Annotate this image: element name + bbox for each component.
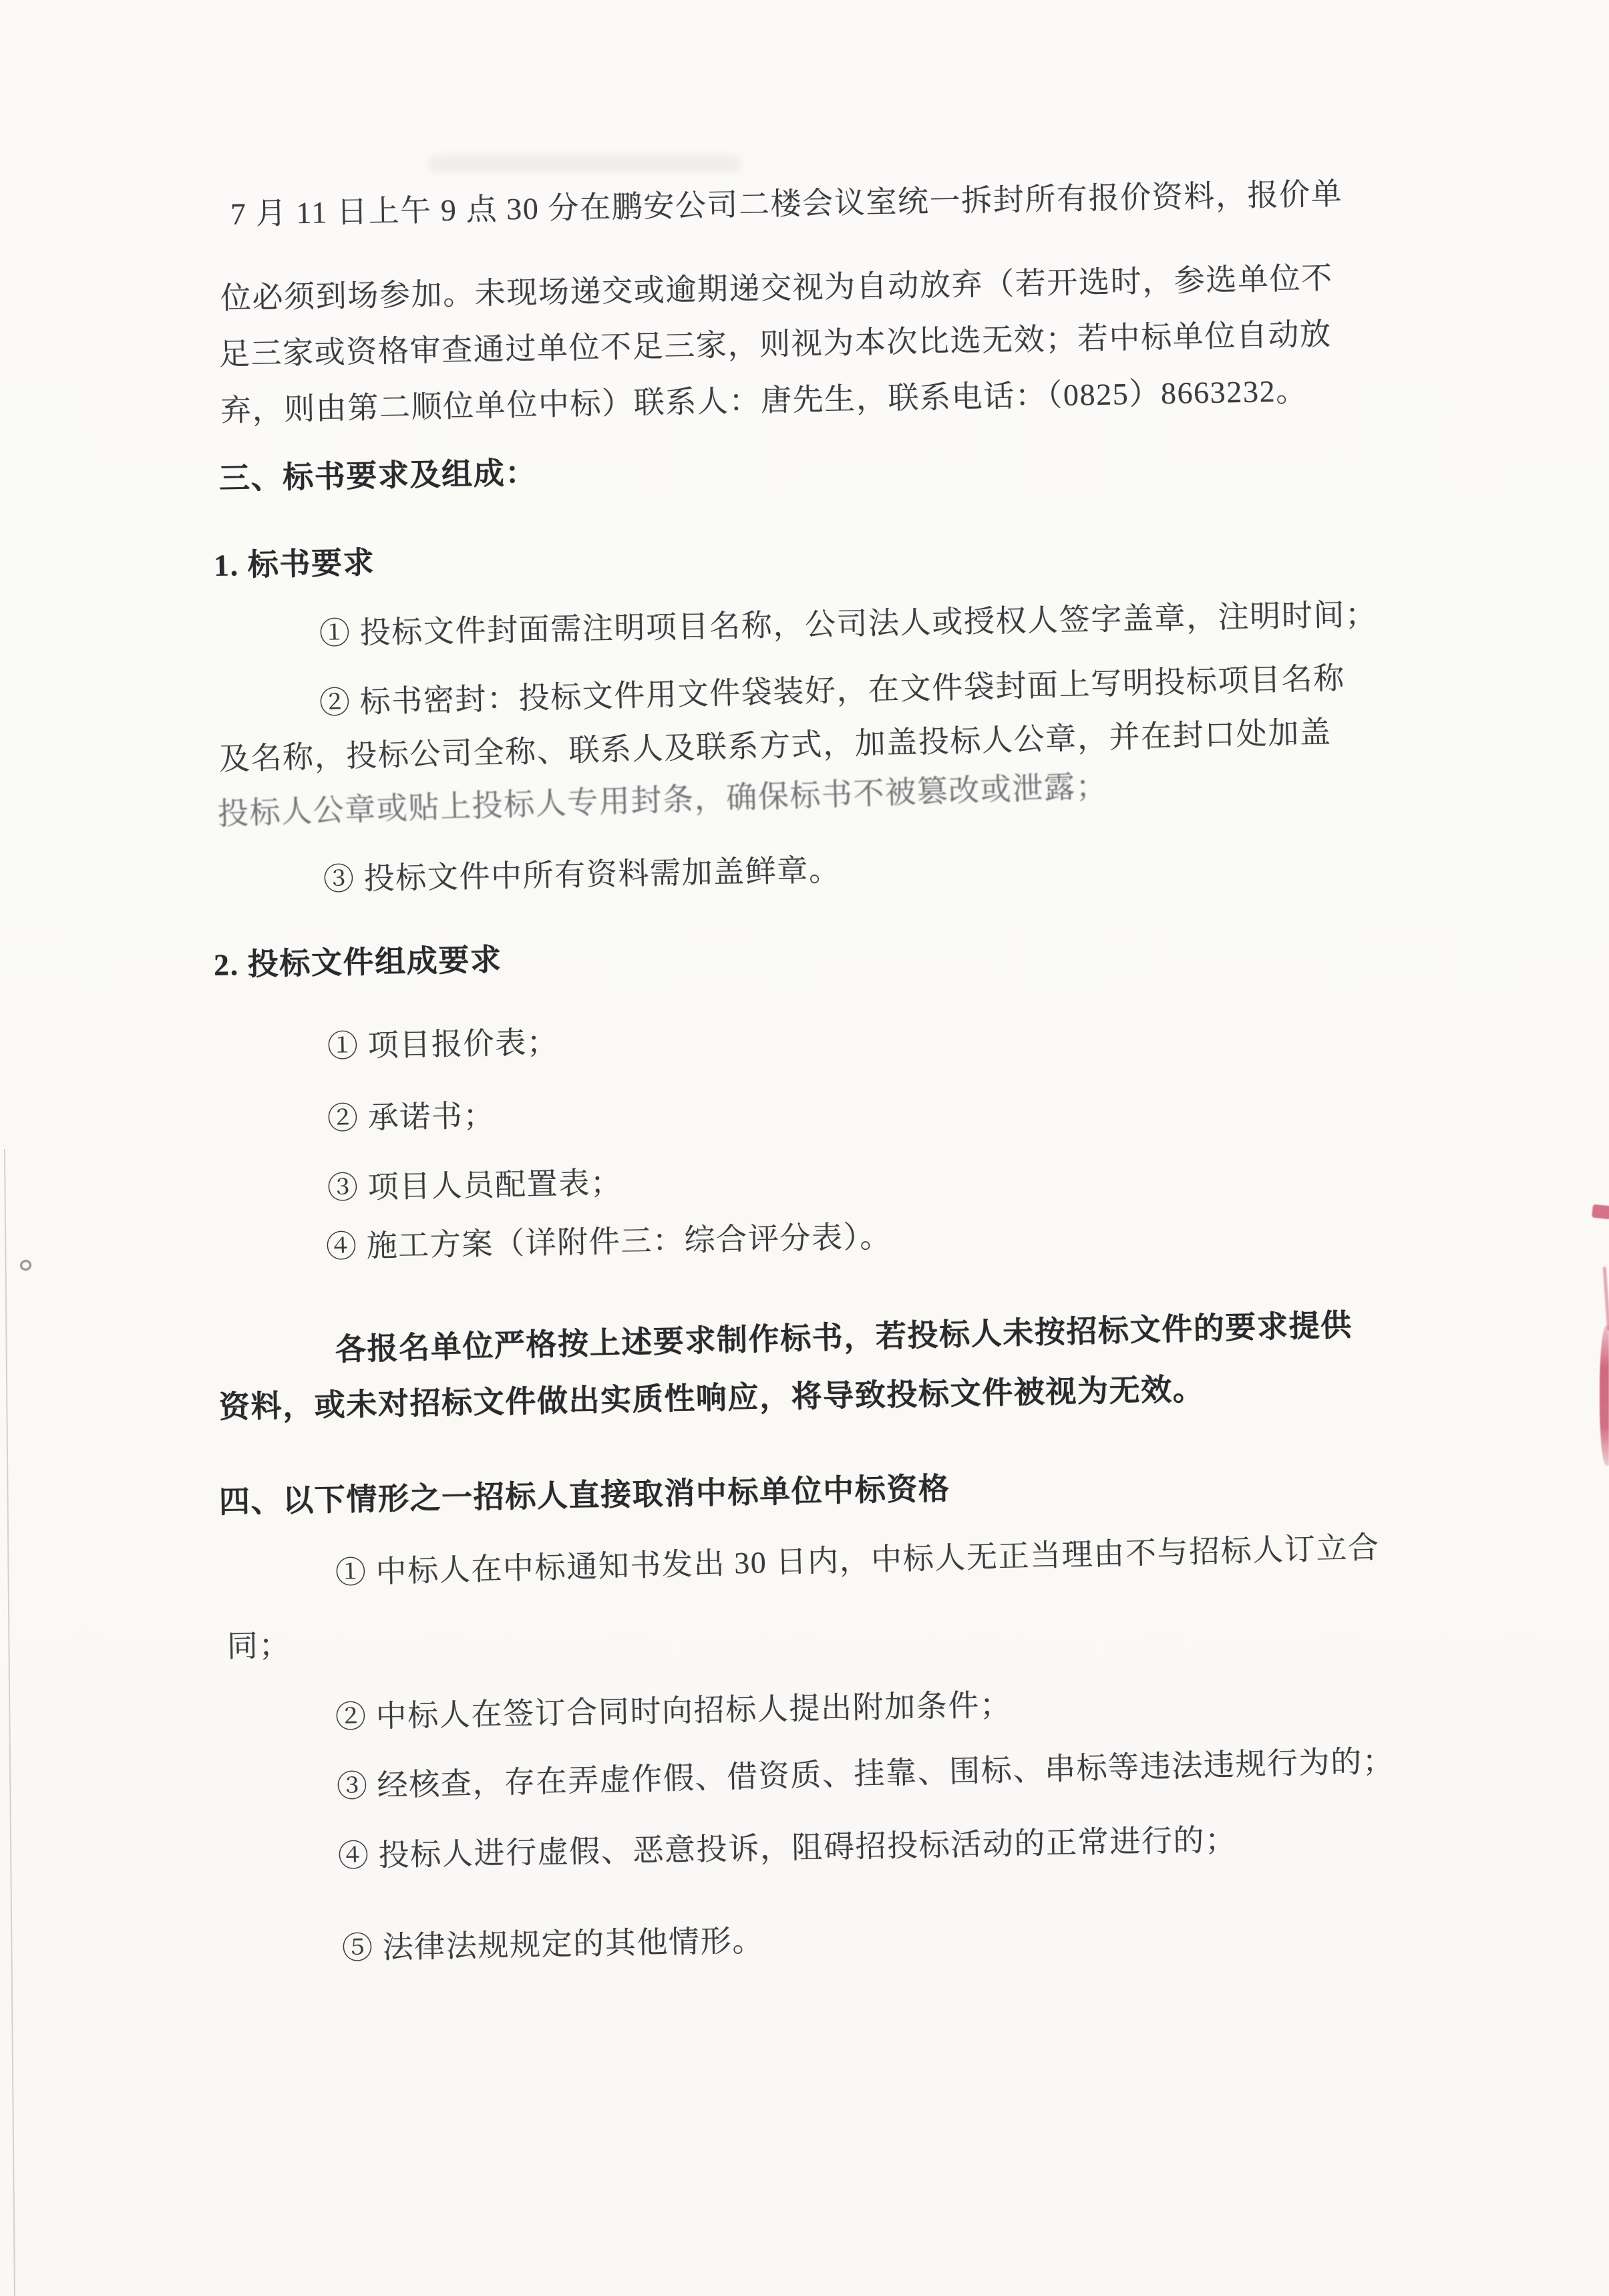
sub1-item-line: ③ 投标文件中所有资料需加盖鲜章。 [323, 851, 841, 899]
red-stamp-fragment-bar [1592, 1204, 1609, 1220]
section3-heading: 三、标书要求及组成： [218, 454, 537, 498]
sub2-item-line: ② 承诺书； [327, 1096, 495, 1138]
scan-smudge [427, 155, 741, 172]
sub1-item-line: ① 投标文件封面需注明项目名称，公司法人或授权人签字盖章，注明时间； [319, 595, 1377, 653]
red-stamp-fragment-tail [1603, 1267, 1609, 1331]
notice-line: 各报名单位严格按上述要求制作标书，若投标人未按招标文件的要求提供 [335, 1306, 1353, 1369]
section4-item-line: ① 中标人在中标通知书发出 30 日内，中标人无正当理由不与招标人订立合 [335, 1528, 1380, 1593]
sub1-item-line: ② 标书密封：投标文件用文件袋装好，在文件袋封面上写明投标项目名称 [319, 659, 1345, 722]
section4-item-line: 同； [226, 1626, 291, 1665]
section4-item-line: ④ 投标人进行虚假、恶意投诉，阻碍招投标活动的正常进行的； [337, 1820, 1237, 1875]
section3-sub2-heading: 2. 投标文件组成要求 [213, 941, 502, 984]
section4-item-line: ② 中标人在签订合同时向招标人提出附加条件； [335, 1685, 1012, 1736]
section3-sub1-heading: 1. 标书要求 [213, 544, 375, 585]
section4-item-line: ⑤ 法律法规规定的其他情形。 [341, 1921, 764, 1967]
sub2-item-line: ④ 施工方案（详附件三：综合评分表）。 [325, 1217, 892, 1266]
sub1-item-line: 及名称，投标公司全称、联系人及联系方式，加盖投标人公章，并在封口处加盖 [218, 713, 1332, 778]
intro-line: 位必须到场参加。未现场递交或逾期递交视为自动放弃（若开选时，参选单位不 [220, 259, 1333, 317]
scan-edge-line [4, 1149, 15, 2296]
sub2-item-line: ① 项目报价表； [327, 1023, 558, 1066]
sub2-item-line: ③ 项目人员配置表； [327, 1164, 622, 1208]
punch-hole-mark [19, 1259, 33, 1272]
notice-line: 资料，或未对招标文件做出实质性响应，将导致投标文件被视为无效。 [218, 1370, 1204, 1427]
section4-item-line: ③ 经核查，存在弄虚作假、借资质、挂靠、围标、串标等违法违规行为的； [336, 1742, 1395, 1806]
sub1-item-line-faded: 投标人公章或贴上投标人专用封条，确保标书不被篡改或泄露； [217, 767, 1108, 833]
scanned-document-page: 7 月 11 日上午 9 点 30 分在鹏安公司二楼会议室统一拆封所有报价资料，… [0, 0, 1609, 2296]
intro-line: 足三家或资格审查通过单位不足三家，则视为本次比选无效；若中标单位自动放 [218, 315, 1332, 373]
red-stamp-fragment-wedge [1600, 1325, 1609, 1466]
intro-line: 弃，则由第二顺位单位中标）联系人：唐先生，联系电话：（0825）8663232。 [220, 371, 1308, 430]
section4-heading: 四、以下情形之一招标人直接取消中标单位中标资格 [218, 1470, 950, 1522]
intro-line: 7 月 11 日上午 9 点 30 分在鹏安公司二楼会议室统一拆封所有报价资料，… [230, 174, 1343, 233]
